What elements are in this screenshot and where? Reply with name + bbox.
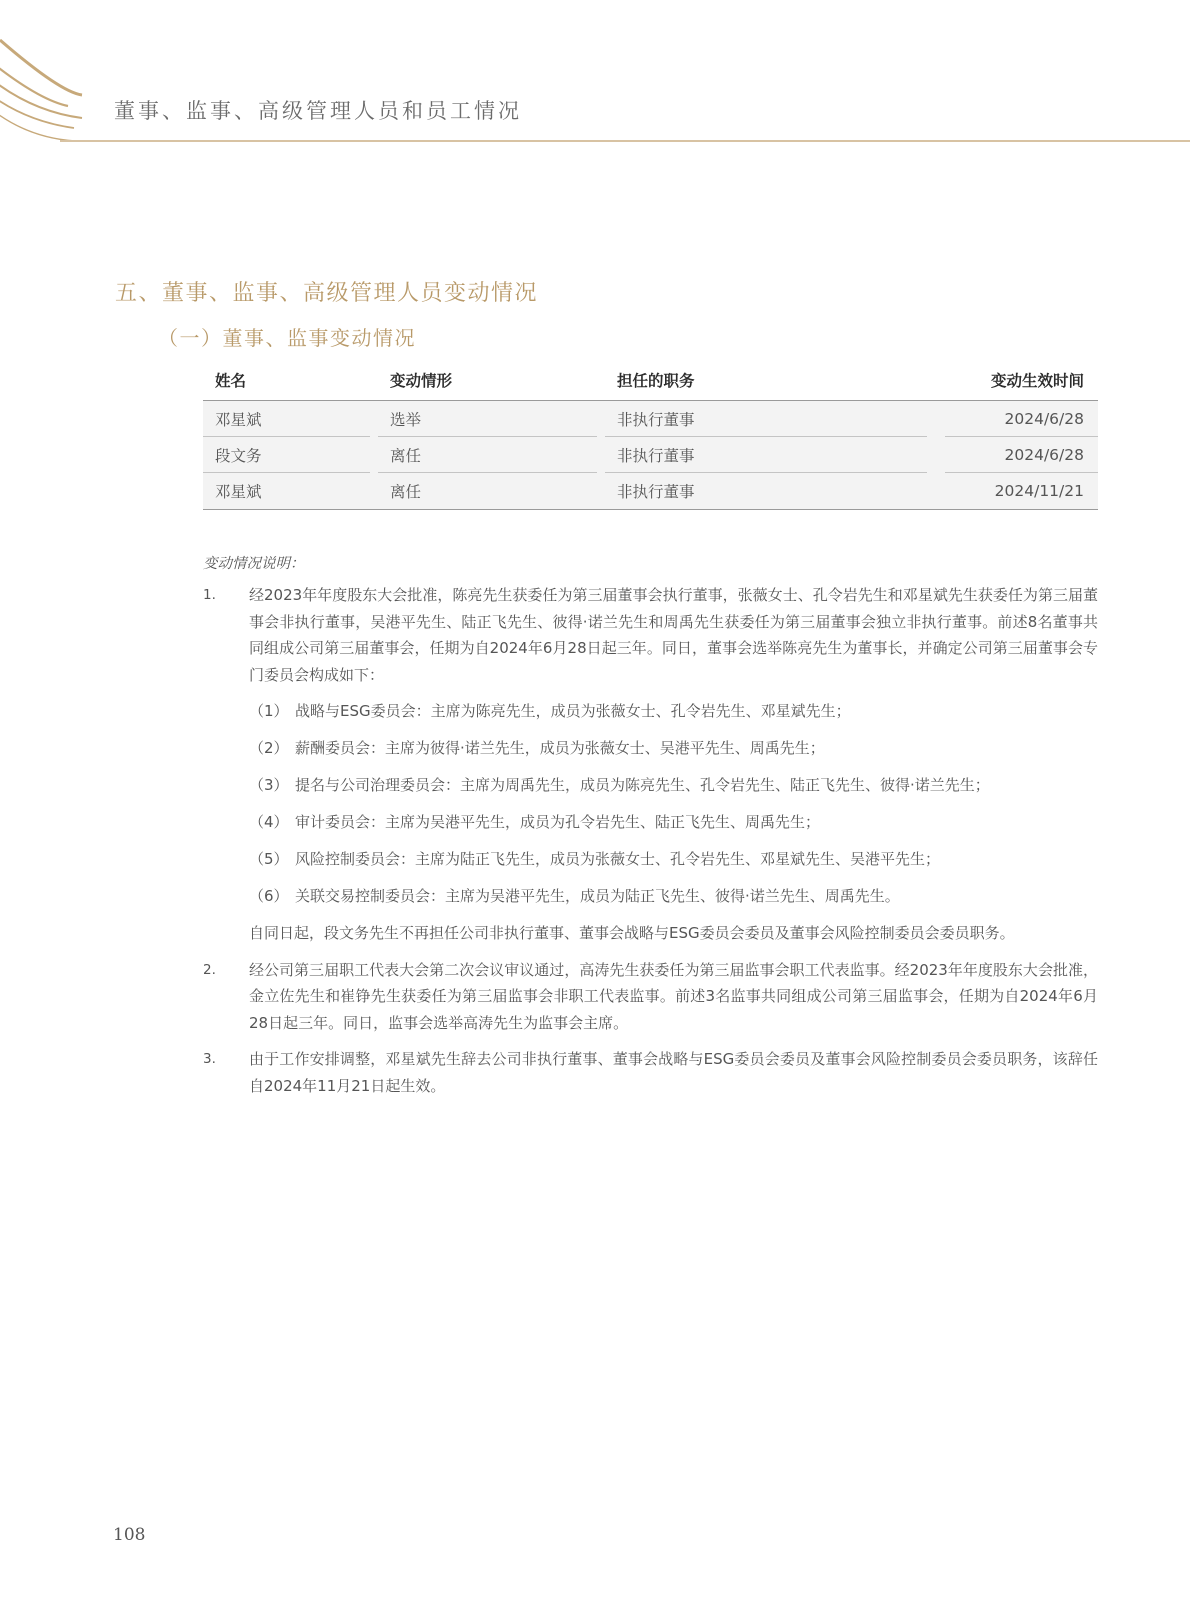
cell-position: 非执行董事 <box>605 437 935 473</box>
notes-label: 变动情况说明： <box>203 552 305 573</box>
committee-text: 关联交易控制委员会：主席为吴港平先生，成员为陆正飞先生、彼得·诺兰先生、周禹先生… <box>295 883 1098 910</box>
committee-number: （5） <box>249 846 295 873</box>
committee-number: （1） <box>249 698 295 725</box>
committee-text: 战略与ESG委员会：主席为陈亮先生，成员为张薇女士、孔令岩先生、邓星斌先生； <box>295 698 1098 725</box>
page-number: 108 <box>113 1525 145 1545</box>
note-trailing-text: 自同日起，段文务先生不再担任公司非执行董事、董事会战略与ESG委员会委员及董事会… <box>249 920 1098 947</box>
note-item: 1. 经2023年年度股东大会批准，陈亮先生获委任为第三届董事会执行董事，张薇女… <box>203 582 1098 947</box>
committee-number: （4） <box>249 809 295 836</box>
note-text: 经公司第三届职工代表大会第二次会议审议通过，高涛先生获委任为第三届监事会职工代表… <box>249 957 1098 1037</box>
cell-position: 非执行董事 <box>605 401 935 437</box>
header-decorative-arcs-icon <box>0 0 240 150</box>
cell-name: 段文务 <box>203 437 378 473</box>
column-header-effective-date: 变动生效时间 <box>935 369 1098 391</box>
cell-effective-date: 2024/6/28 <box>935 437 1098 473</box>
column-header-name: 姓名 <box>203 369 378 391</box>
committee-item: （5） 风险控制委员会：主席为陆正飞先生，成员为张薇女士、孔令岩先生、邓星斌先生… <box>249 846 1098 873</box>
note-text: 由于工作安排调整，邓星斌先生辞去公司非执行董事、董事会战略与ESG委员会委员及董… <box>249 1046 1098 1099</box>
table-body: 邓星斌 选举 非执行董事 2024/6/28 段文务 离任 非执行董事 2024… <box>203 401 1098 510</box>
committee-item: （1） 战略与ESG委员会：主席为陈亮先生，成员为张薇女士、孔令岩先生、邓星斌先… <box>249 698 1098 725</box>
committee-text: 提名与公司治理委员会：主席为周禹先生，成员为陈亮先生、孔令岩先生、陆正飞先生、彼… <box>295 772 1098 799</box>
committee-list: （1） 战略与ESG委员会：主席为陈亮先生，成员为张薇女士、孔令岩先生、邓星斌先… <box>249 698 1098 910</box>
cell-change-type: 离任 <box>378 437 605 473</box>
committee-text: 薪酬委员会：主席为彼得·诺兰先生，成员为张薇女士、吴港平先生、周禹先生； <box>295 735 1098 762</box>
committee-item: （6） 关联交易控制委员会：主席为吴港平先生，成员为陆正飞先生、彼得·诺兰先生、… <box>249 883 1098 910</box>
subsection-title: （一）董事、监事变动情况 <box>158 322 416 351</box>
cell-effective-date: 2024/6/28 <box>935 401 1098 437</box>
table-header: 姓名 变动情形 担任的职务 变动生效时间 <box>203 360 1098 401</box>
committee-number: （3） <box>249 772 295 799</box>
header-title: 董事、监事、高级管理人员和员工情况 <box>114 95 522 125</box>
committee-number: （6） <box>249 883 295 910</box>
cell-change-type: 选举 <box>378 401 605 437</box>
column-header-position: 担任的职务 <box>605 369 935 391</box>
note-item: 3. 由于工作安排调整，邓星斌先生辞去公司非执行董事、董事会战略与ESG委员会委… <box>203 1046 1098 1099</box>
cell-position: 非执行董事 <box>605 473 935 509</box>
director-change-table: 姓名 变动情形 担任的职务 变动生效时间 邓星斌 选举 非执行董事 2024/6… <box>203 360 1098 510</box>
committee-text: 风险控制委员会：主席为陆正飞先生，成员为张薇女士、孔令岩先生、邓星斌先生、吴港平… <box>295 846 1098 873</box>
cell-effective-date: 2024/11/21 <box>935 473 1098 509</box>
note-text: 经2023年年度股东大会批准，陈亮先生获委任为第三届董事会执行董事，张薇女士、孔… <box>249 582 1098 688</box>
section-title: 五、董事、监事、高级管理人员变动情况 <box>115 276 538 307</box>
note-number: 3. <box>203 1046 249 1099</box>
cell-name: 邓星斌 <box>203 473 378 509</box>
note-item: 2. 经公司第三届职工代表大会第二次会议审议通过，高涛先生获委任为第三届监事会职… <box>203 957 1098 1037</box>
header-divider <box>60 140 1190 142</box>
column-header-change-type: 变动情形 <box>378 369 605 391</box>
committee-item: （4） 审计委员会：主席为吴港平先生，成员为孔令岩先生、陆正飞先生、周禹先生； <box>249 809 1098 836</box>
cell-change-type: 离任 <box>378 473 605 509</box>
cell-name: 邓星斌 <box>203 401 378 437</box>
table-row: 邓星斌 选举 非执行董事 2024/6/28 <box>203 401 1098 437</box>
table-row: 段文务 离任 非执行董事 2024/6/28 <box>203 437 1098 473</box>
note-number: 2. <box>203 957 249 1037</box>
committee-number: （2） <box>249 735 295 762</box>
note-number: 1. <box>203 582 249 947</box>
committee-text: 审计委员会：主席为吴港平先生，成员为孔令岩先生、陆正飞先生、周禹先生； <box>295 809 1098 836</box>
committee-item: （2） 薪酬委员会：主席为彼得·诺兰先生，成员为张薇女士、吴港平先生、周禹先生； <box>249 735 1098 762</box>
table-row: 邓星斌 离任 非执行董事 2024/11/21 <box>203 473 1098 509</box>
committee-item: （3） 提名与公司治理委员会：主席为周禹先生，成员为陈亮先生、孔令岩先生、陆正飞… <box>249 772 1098 799</box>
notes-list: 1. 经2023年年度股东大会批准，陈亮先生获委任为第三届董事会执行董事，张薇女… <box>203 582 1098 1109</box>
